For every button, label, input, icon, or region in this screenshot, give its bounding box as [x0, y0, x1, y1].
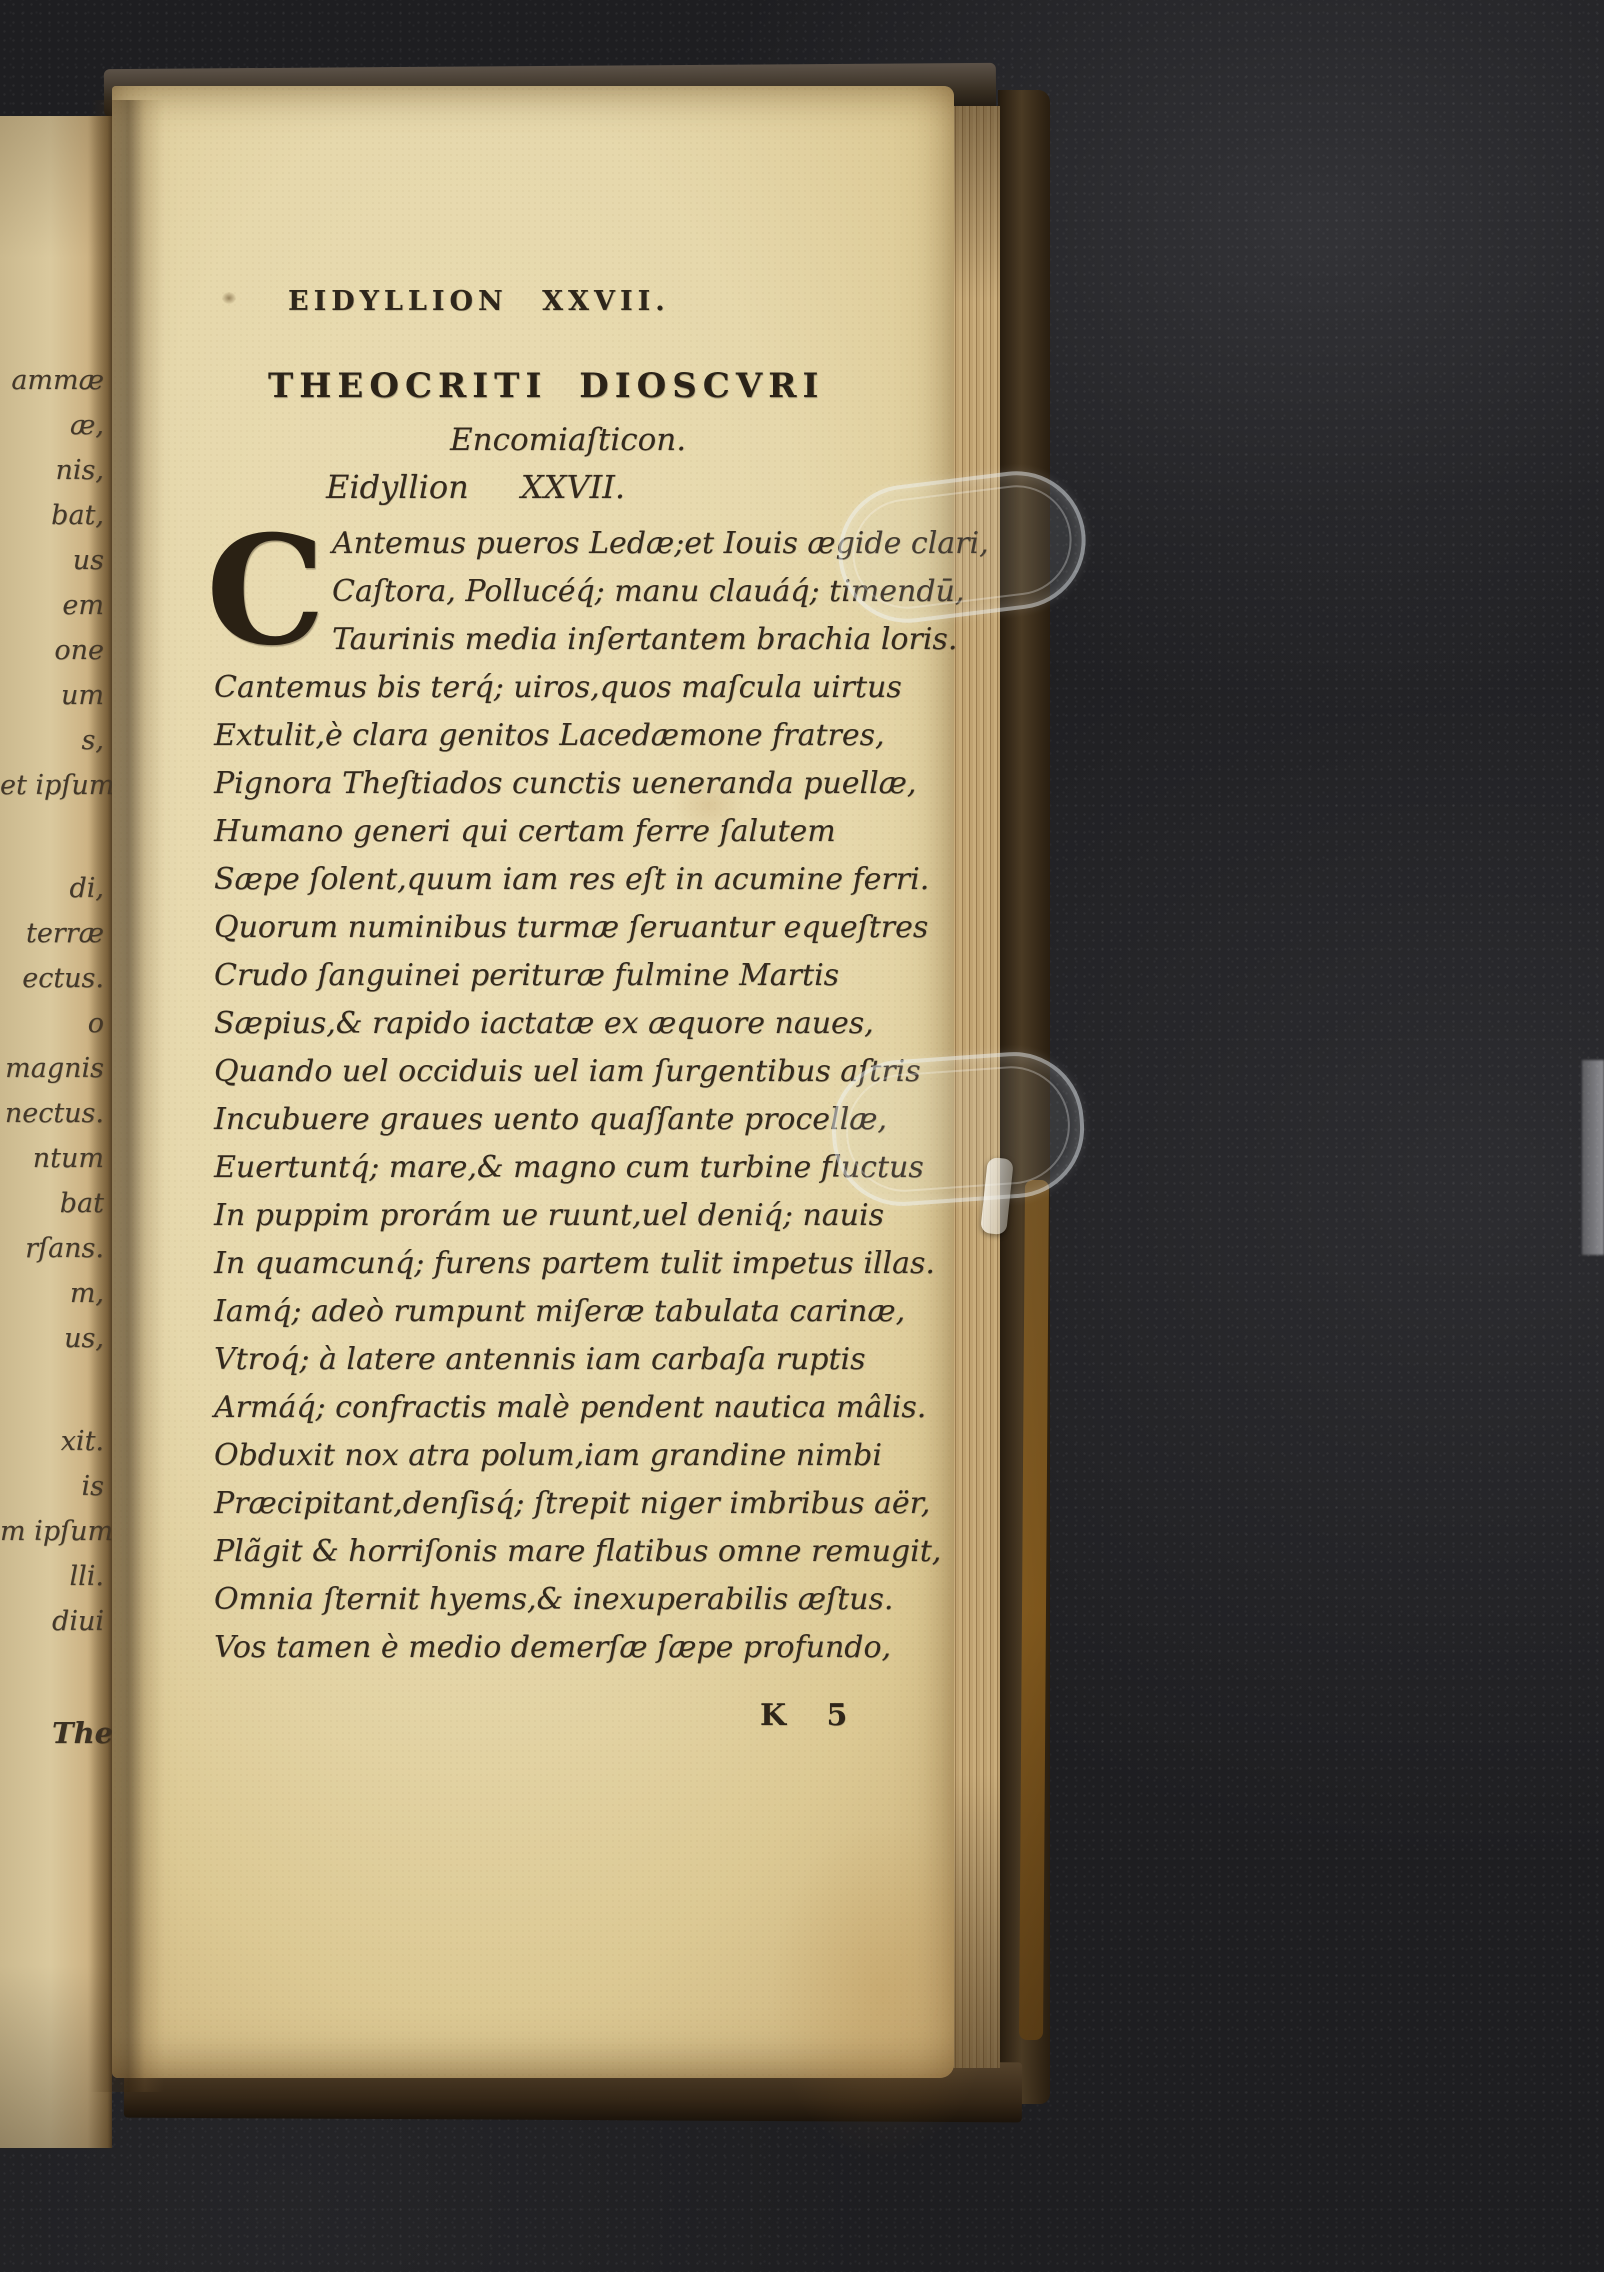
verse-line: Omnia ſternit hyems,& inexuperabilis æſt… — [214, 1576, 966, 1624]
verse-line: Extulit,è clara genitos Lacedæmone fratr… — [214, 712, 966, 760]
verso-line-fragment: diui — [0, 1599, 104, 1644]
verse-line: Armáq́; confractis malè pendent nautica … — [214, 1384, 966, 1432]
verso-line-fragment: bat — [0, 1181, 104, 1226]
verse-line: Sæpe ſolent,quum iam res eſt in acumine … — [214, 856, 966, 904]
verse-line: Quorum numinibus turmæ ſeruantur equeſtr… — [214, 904, 966, 952]
verso-line-fragment: ectus. — [0, 956, 104, 1001]
verse-line: Cantemus bis terq́; uiros,quos maſcula u… — [214, 664, 966, 712]
verso-line-fragment: is — [0, 1464, 104, 1509]
paper-stain — [222, 292, 236, 304]
edge-highlight — [1582, 1060, 1604, 1255]
verso-line-fragment: em — [0, 583, 104, 628]
verso-line-fragment: us, — [0, 1316, 104, 1361]
verse-line: Crudo ſanguinei perituræ fulmine Martis — [214, 952, 966, 1000]
verso-line-fragment: nectus. — [0, 1091, 104, 1136]
verse-line: Obduxit nox atra polum,iam grandine nimb… — [214, 1432, 966, 1480]
verso-line-fragment: m ipſum — [0, 1509, 104, 1554]
verso-line-fragments: ammææ,nis,bat,usemoneums,et ipſum,di,ter… — [0, 358, 104, 1644]
verse-line: Humano generi qui certam ferre ſalutem — [214, 808, 966, 856]
verso-line-fragment: m, — [0, 1271, 104, 1316]
verso-line-fragment: æ, — [0, 403, 104, 448]
verse-line: Pignora Theſtiados cunctis ueneranda pue… — [214, 760, 966, 808]
verso-line-fragment: di, — [0, 866, 104, 911]
verso-line-fragment: rſans. — [0, 1226, 104, 1271]
transparent-clip — [827, 1047, 1089, 1210]
verse-line: Iamq́; adeò rumpunt miſeræ tabulata cari… — [214, 1288, 966, 1336]
verso-line-fragment: ammæ — [0, 358, 104, 403]
book-page: EIDYLLION XXVII. THEOCRITI DIOSCVRI Enco… — [112, 86, 954, 2078]
verso-line-fragment: nis, — [0, 448, 104, 493]
verso-line-fragment: ntum — [0, 1136, 104, 1181]
verso-line-fragment: o — [0, 1001, 104, 1046]
signature-mark: K 5 — [760, 1698, 847, 1733]
section-heading: Eidyllion XXVII. — [326, 468, 625, 506]
verso-line-fragment: bat, — [0, 493, 104, 538]
verso-line-fragment: magnis — [0, 1046, 104, 1091]
verse-line: In quamcunq́; furens partem tulit impetu… — [214, 1240, 966, 1288]
verso-line-fragment: terræ — [0, 911, 104, 956]
verse-line: Sæpius,& rapido iactatæ ex æquore naues, — [214, 1000, 966, 1048]
page-title: THEOCRITI DIOSCVRI — [268, 366, 824, 406]
verso-line-fragment: lli. — [0, 1554, 104, 1599]
verso-line-fragment: us — [0, 538, 104, 583]
verse-line: In puppim prorám ue ruunt,uel deniq́; na… — [214, 1192, 966, 1240]
verso-line-fragment: one — [0, 628, 104, 673]
verse-line: Vtroq́; à latere antennis iam carbaſa ru… — [214, 1336, 966, 1384]
verso-line-fragment: um — [0, 673, 104, 718]
verse-line: Præcipitant,denſisq́; ſtrepit niger imbr… — [214, 1480, 966, 1528]
running-head: EIDYLLION XXVII. — [288, 286, 670, 317]
verso-line-fragment: s, — [0, 718, 104, 763]
verse-line: Taurinis media inſertantem brachia loris… — [214, 616, 966, 664]
verso-line-fragment: xit. — [0, 1419, 104, 1464]
verse-line: Vos tamen è medio demerſæ ſæpe profundo, — [214, 1624, 966, 1672]
photo-backdrop: ammææ,nis,bat,usemoneums,et ipſum,di,ter… — [0, 0, 1604, 2272]
facing-page-edge: ammææ,nis,bat,usemoneums,et ipſum,di,ter… — [0, 116, 112, 2148]
verse-line: Plãgit & horriſonis mare flatibus omne r… — [214, 1528, 966, 1576]
verso-line-fragment: et ipſum, — [0, 763, 104, 808]
page-subtitle: Encomiaſticon. — [450, 422, 686, 458]
